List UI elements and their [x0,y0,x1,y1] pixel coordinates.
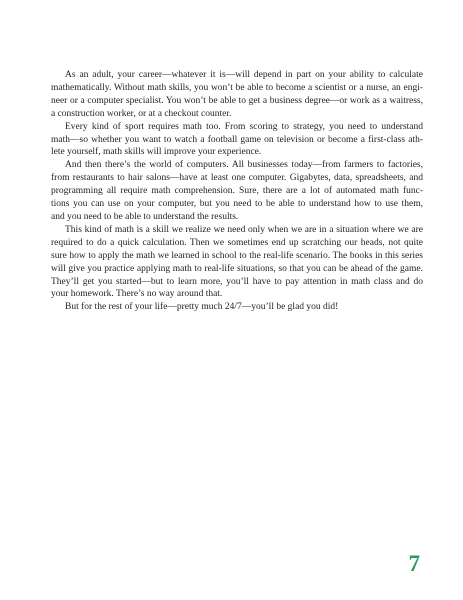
text-line: your homework. There’s no way around tha… [51,288,423,301]
page-number: 7 [409,552,421,575]
text-line: a construction worker, or at a checkout … [51,108,423,121]
text-line: neer or a computer specialist. You won’t… [51,95,423,108]
text-line: sure how to apply the math we learned in… [51,250,423,263]
text-line: But for the rest of your life—pretty muc… [51,301,423,314]
text-line: mathematically. Without math skills, you… [51,82,423,95]
paragraph: As an adult, your career—whatever it is—… [51,69,423,121]
book-page: As an adult, your career—whatever it is—… [0,0,463,600]
text-line: math—so whether you want to watch a foot… [51,134,423,147]
text-line: As an adult, your career—whatever it is—… [51,69,423,82]
text-line: lete yourself, math skills will improve … [51,146,423,159]
text-line: And then there’s the world of computers.… [51,159,423,172]
paragraph: Every kind of sport requires math too. F… [51,121,423,160]
text-line: This kind of math is a skill we realize … [51,224,423,237]
text-line: and you need to be able to understand th… [51,211,423,224]
body-text: As an adult, your career—whatever it is—… [51,69,423,314]
text-line: tions you can use on your computer, but … [51,198,423,211]
text-line: They’ll get you started—but to learn mor… [51,276,423,289]
paragraph: This kind of math is a skill we realize … [51,224,423,301]
text-line: required to do a quick calculation. Then… [51,237,423,250]
paragraph: And then there’s the world of computers.… [51,159,423,224]
text-line: programming all require math comprehensi… [51,185,423,198]
paragraph: But for the rest of your life—pretty muc… [51,301,423,314]
text-line: Every kind of sport requires math too. F… [51,121,423,134]
text-line: from restaurants to hair salons—have at … [51,172,423,185]
text-line: will give you practice applying math to … [51,263,423,276]
